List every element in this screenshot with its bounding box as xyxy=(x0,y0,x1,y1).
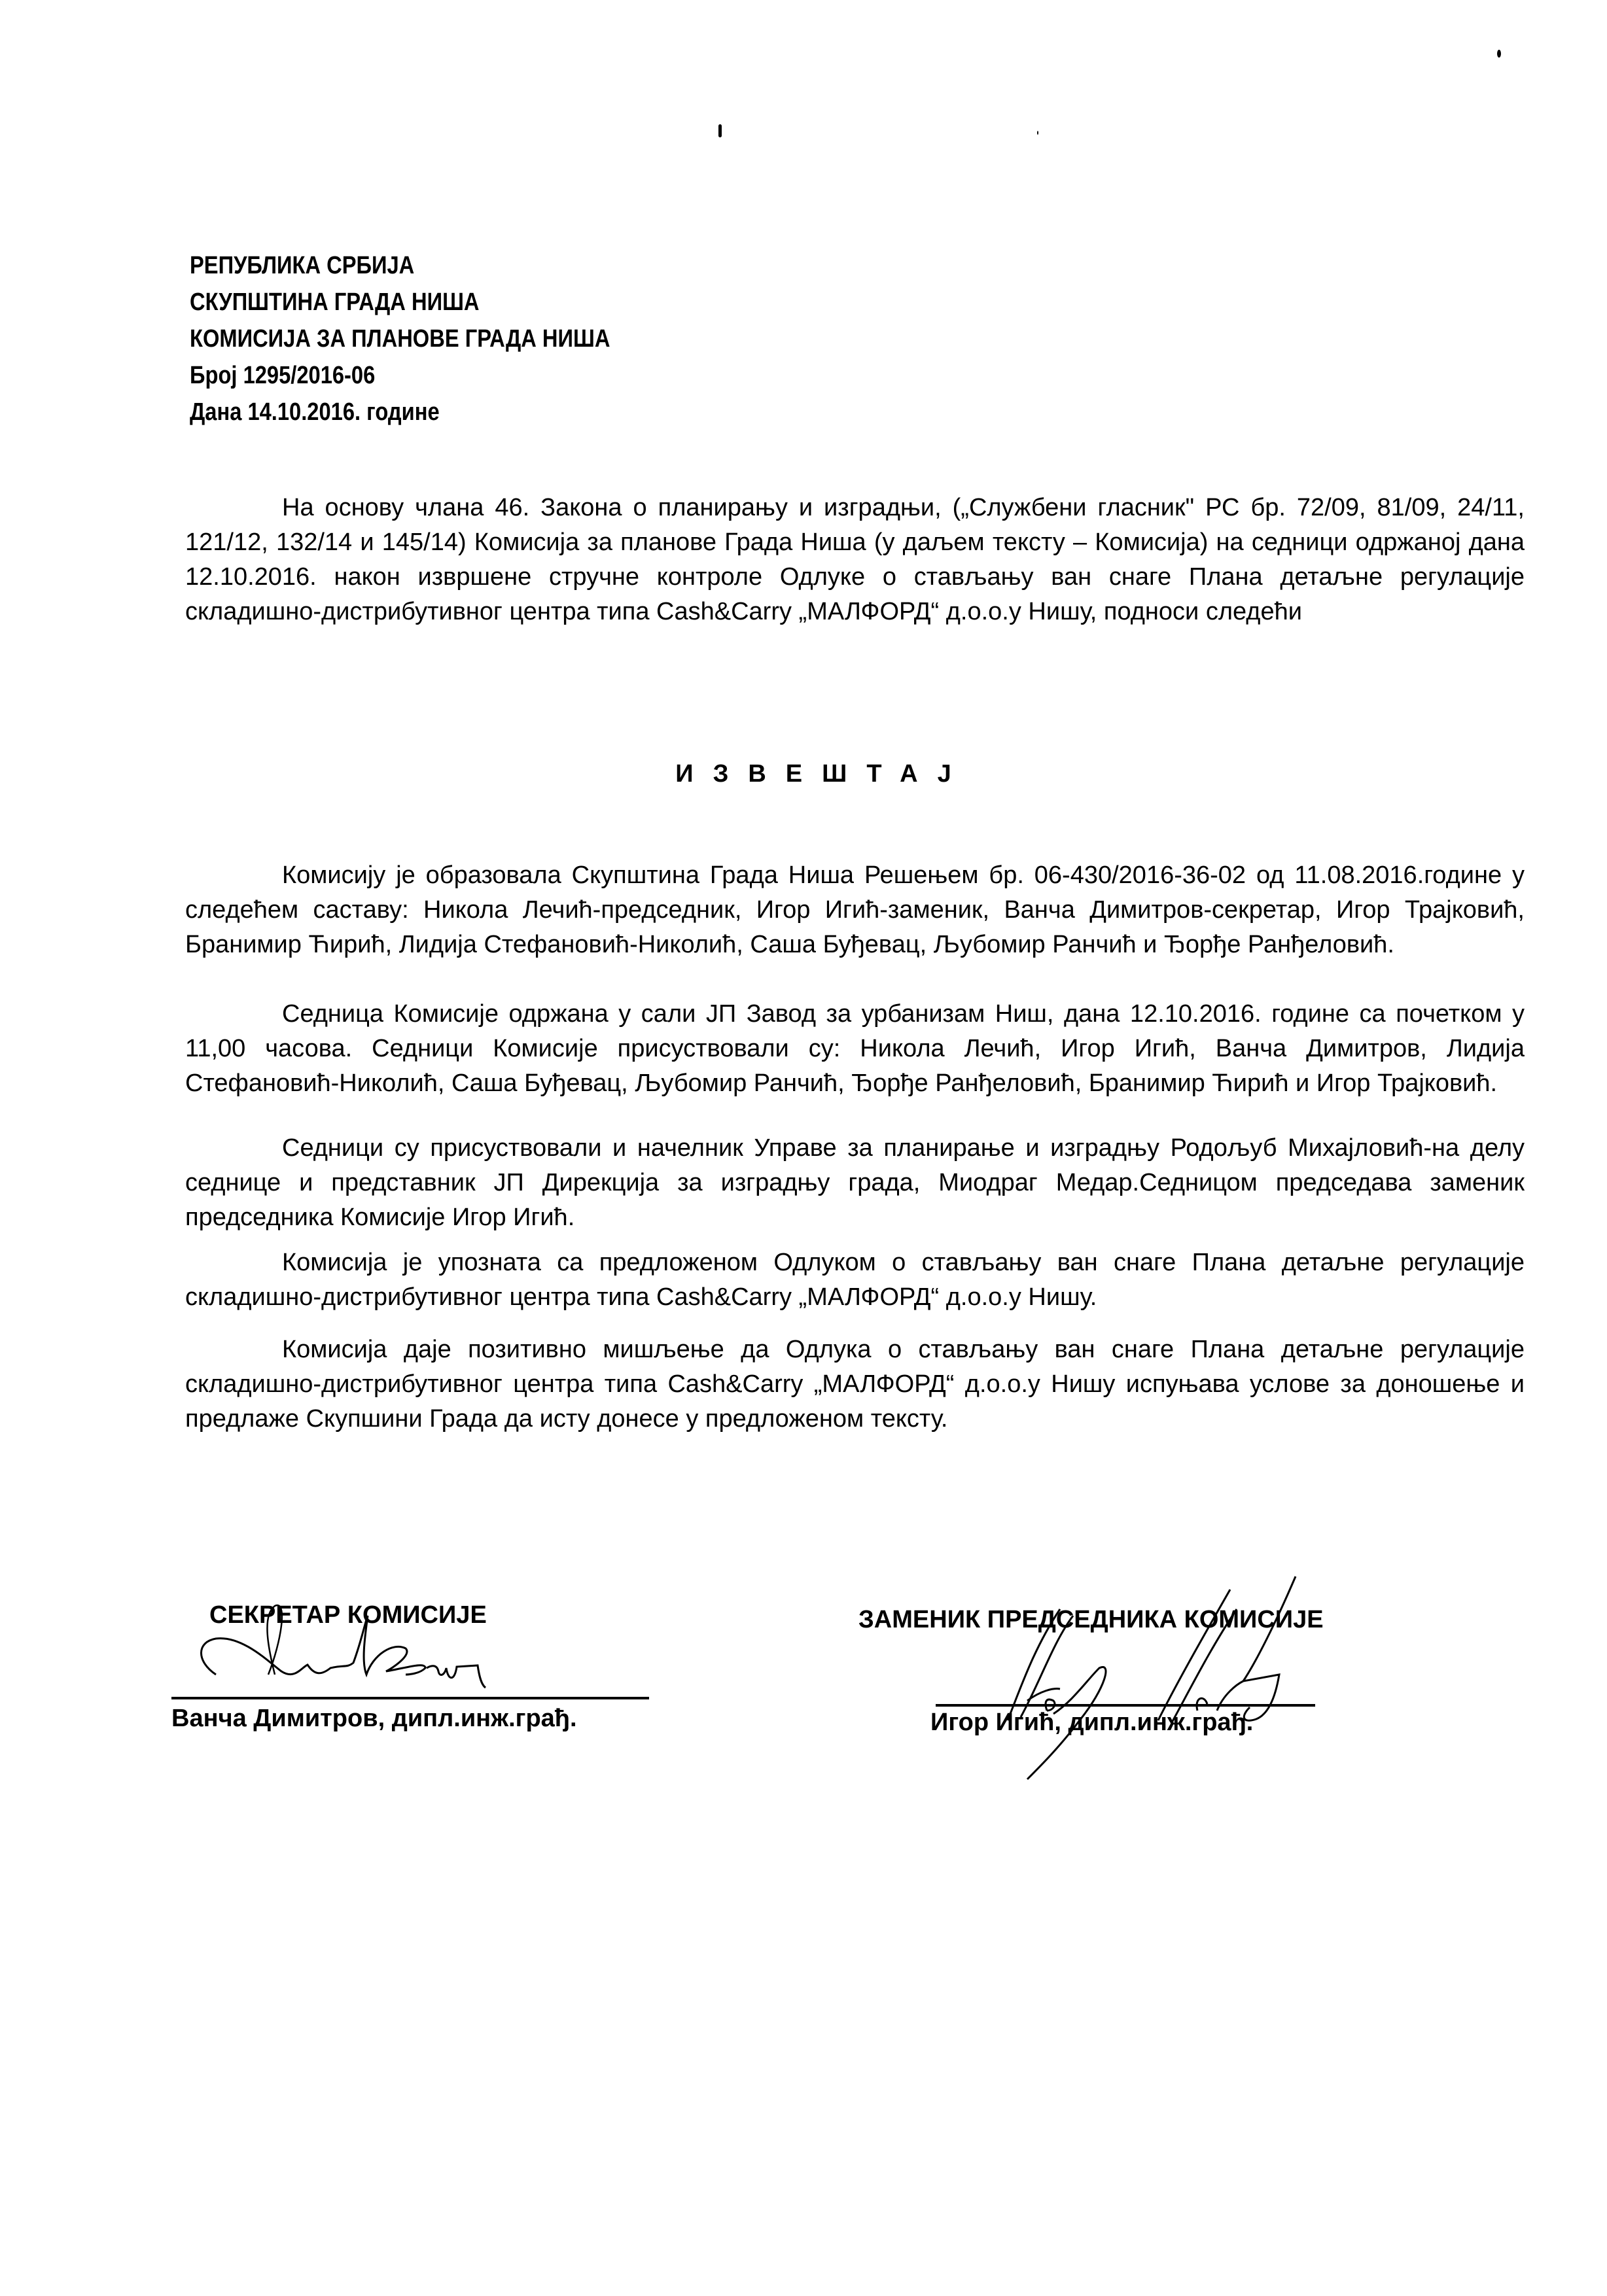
paragraph-attendees: Седници су присуствовали и начелник Упра… xyxy=(185,1131,1525,1235)
paragraph-opinion: Комисија даје позитивно мишљење да Одлук… xyxy=(185,1332,1525,1436)
signature-line-secretary xyxy=(171,1697,649,1699)
signature-line-deputy xyxy=(936,1704,1315,1707)
signature-name-secretary: Ванча Димитров, дипл.инж.грађ. xyxy=(171,1705,577,1733)
document-header: РЕПУБЛИКА СРБИЈА СКУПШТИНА ГРАДА НИША КО… xyxy=(190,247,610,430)
intro-paragraph: На основу члана 46. Закона о планирању и… xyxy=(185,491,1525,629)
paragraph-informed: Комисија је упозната са предложеном Одлу… xyxy=(185,1245,1525,1315)
header-country: РЕПУБЛИКА СРБИЈА xyxy=(190,247,610,284)
header-number: Број 1295/2016-06 xyxy=(190,357,610,394)
header-date: Дана 14.10.2016. године xyxy=(190,394,610,430)
header-commission: КОМИСИЈА ЗА ПЛАНОВЕ ГРАДА НИША xyxy=(190,321,610,357)
paragraph-composition: Комисију је образовала Скупштина Града Н… xyxy=(185,858,1525,962)
paragraph-session: Седница Комисије одржана у сали ЈП Завод… xyxy=(185,997,1525,1101)
handwritten-signature-icon xyxy=(981,1570,1348,1766)
scan-speck xyxy=(718,124,722,137)
report-title: ИЗВЕШТАЈ xyxy=(0,760,1607,788)
signature-name-deputy: Игор Игић, дипл.инж.грађ. xyxy=(930,1709,1253,1737)
header-assembly: СКУПШТИНА ГРАДА НИША xyxy=(190,284,610,321)
scan-speck xyxy=(1037,131,1038,135)
scan-speck xyxy=(1497,50,1501,58)
handwritten-signature-icon xyxy=(190,1603,504,1701)
